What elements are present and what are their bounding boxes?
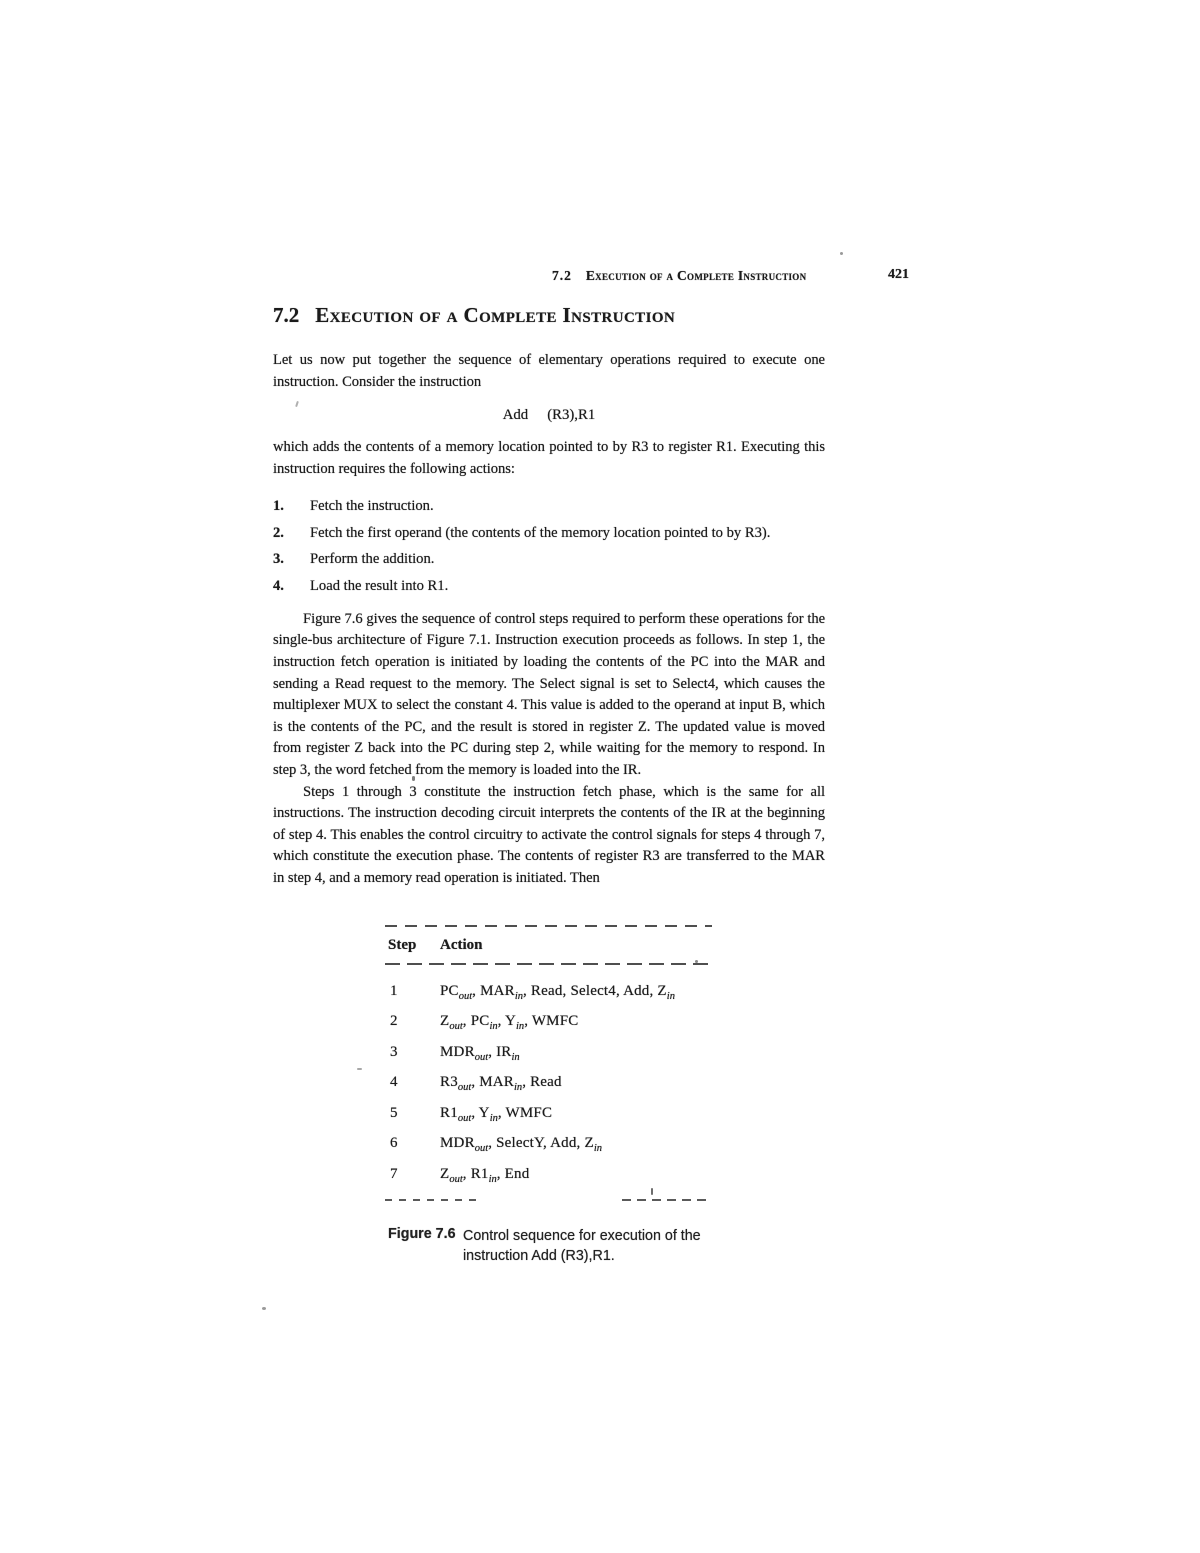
table-row: 3 MDRout, IRin	[390, 1042, 712, 1063]
figure-caption-text: Control sequence for execution of the in…	[463, 1226, 701, 1266]
figure-caption-label: Figure 7.6	[388, 1226, 463, 1266]
scan-artifact	[695, 960, 698, 963]
paragraph-intro: Let us now put together the sequence of …	[273, 350, 825, 393]
book-page: 7.2Execution of a Complete Instruction 4…	[0, 0, 1200, 1553]
table-cell-step: 3	[390, 1042, 440, 1063]
table-cell-step: 4	[390, 1072, 440, 1093]
paragraph-steps-phase: Steps 1 through 3 constitute the instruc…	[273, 782, 825, 890]
table-row: 7 Zout, R1in, End	[390, 1164, 712, 1185]
instruction-line: Add(R3),R1	[273, 407, 825, 424]
table-cell-action: Zout, PCin, Yin, WMFC	[440, 1011, 578, 1032]
table-cell-step: 7	[390, 1164, 440, 1185]
table-row: 1 PCout, MARin, Read, Select4, Add, Zin	[390, 981, 712, 1002]
table-rule-bottom	[385, 1199, 712, 1201]
table-cell-action: PCout, MARin, Read, Select4, Add, Zin	[440, 981, 675, 1002]
table-row: 4 R3out, MARin, Read	[390, 1072, 712, 1093]
table-cell-action: MDRout, SelectY, Add, Zin	[440, 1133, 602, 1154]
table-cell-action: R3out, MARin, Read	[440, 1072, 562, 1093]
figure-7-6: Step Action 1 PCout, MARin, Read, Select…	[385, 925, 712, 1266]
table-rows: 1 PCout, MARin, Read, Select4, Add, Zin …	[390, 981, 712, 1185]
list-item: 2. Fetch the first operand (the contents…	[273, 523, 825, 544]
figure-caption: Figure 7.6 Control sequence for executio…	[388, 1226, 712, 1266]
table-row: 5 R1out, Yin, WMFC	[390, 1103, 712, 1124]
paragraph-which-adds: which adds the contents of a memory loca…	[273, 437, 825, 480]
list-item: 4. Load the result into R1.	[273, 576, 825, 597]
scan-artifact	[262, 1307, 266, 1310]
action-list: 1. Fetch the instruction. 2. Fetch the f…	[273, 496, 825, 597]
figure-caption-line2: instruction Add (R3),R1.	[463, 1246, 701, 1266]
list-item-text: Fetch the first operand (the contents of…	[310, 523, 770, 544]
text-column: 7.2Execution of a Complete Instruction L…	[273, 303, 825, 1266]
table-header-step: Step	[388, 937, 440, 954]
table-rule-bottom-left	[385, 1199, 483, 1201]
table-header-row: Step Action	[388, 937, 712, 954]
running-header-section-number: 7.2	[552, 268, 572, 283]
table-row: 2 Zout, PCin, Yin, WMFC	[390, 1011, 712, 1032]
paragraph-figure-intro: Figure 7.6 gives the sequence of control…	[273, 609, 825, 782]
list-item-number: 2.	[273, 523, 310, 544]
table-cell-step: 6	[390, 1133, 440, 1154]
table-cell-step: 1	[390, 981, 440, 1002]
instruction-mnemonic: Add	[503, 407, 528, 423]
running-header-title: Execution of a Complete Instruction	[586, 268, 807, 283]
scan-artifact	[840, 252, 843, 255]
section-heading-number: 7.2	[273, 303, 299, 327]
table-rule-bottom-right	[622, 1199, 712, 1201]
figure-caption-line1: Control sequence for execution of the	[463, 1226, 701, 1246]
table-cell-action: R1out, Yin, WMFC	[440, 1103, 552, 1124]
instruction-operands: (R3),R1	[547, 407, 595, 423]
list-item-text: Fetch the instruction.	[310, 496, 434, 517]
list-item: 1. Fetch the instruction.	[273, 496, 825, 517]
table-rule-top	[385, 925, 712, 927]
table-cell-action: Zout, R1in, End	[440, 1164, 529, 1185]
table-cell-step: 5	[390, 1103, 440, 1124]
list-item-number: 1.	[273, 496, 310, 517]
table-row: 6 MDRout, SelectY, Add, Zin	[390, 1133, 712, 1154]
table-rule-middle	[385, 963, 712, 965]
scan-artifact	[651, 1188, 653, 1195]
table-cell-step: 2	[390, 1011, 440, 1032]
running-header: 7.2Execution of a Complete Instruction	[552, 268, 806, 284]
list-item-text: Load the result into R1.	[310, 576, 448, 597]
list-item-number: 3.	[273, 549, 310, 570]
list-item-text: Perform the addition.	[310, 549, 434, 570]
scan-artifact	[412, 776, 415, 781]
section-heading-title: Execution of a Complete Instruction	[315, 303, 675, 327]
section-heading: 7.2Execution of a Complete Instruction	[273, 303, 825, 328]
table-header-action: Action	[440, 937, 483, 954]
scan-artifact	[357, 1068, 362, 1070]
list-item-number: 4.	[273, 576, 310, 597]
list-item: 3. Perform the addition.	[273, 549, 825, 570]
table-cell-action: MDRout, IRin	[440, 1042, 520, 1063]
page-number: 421	[888, 267, 909, 283]
